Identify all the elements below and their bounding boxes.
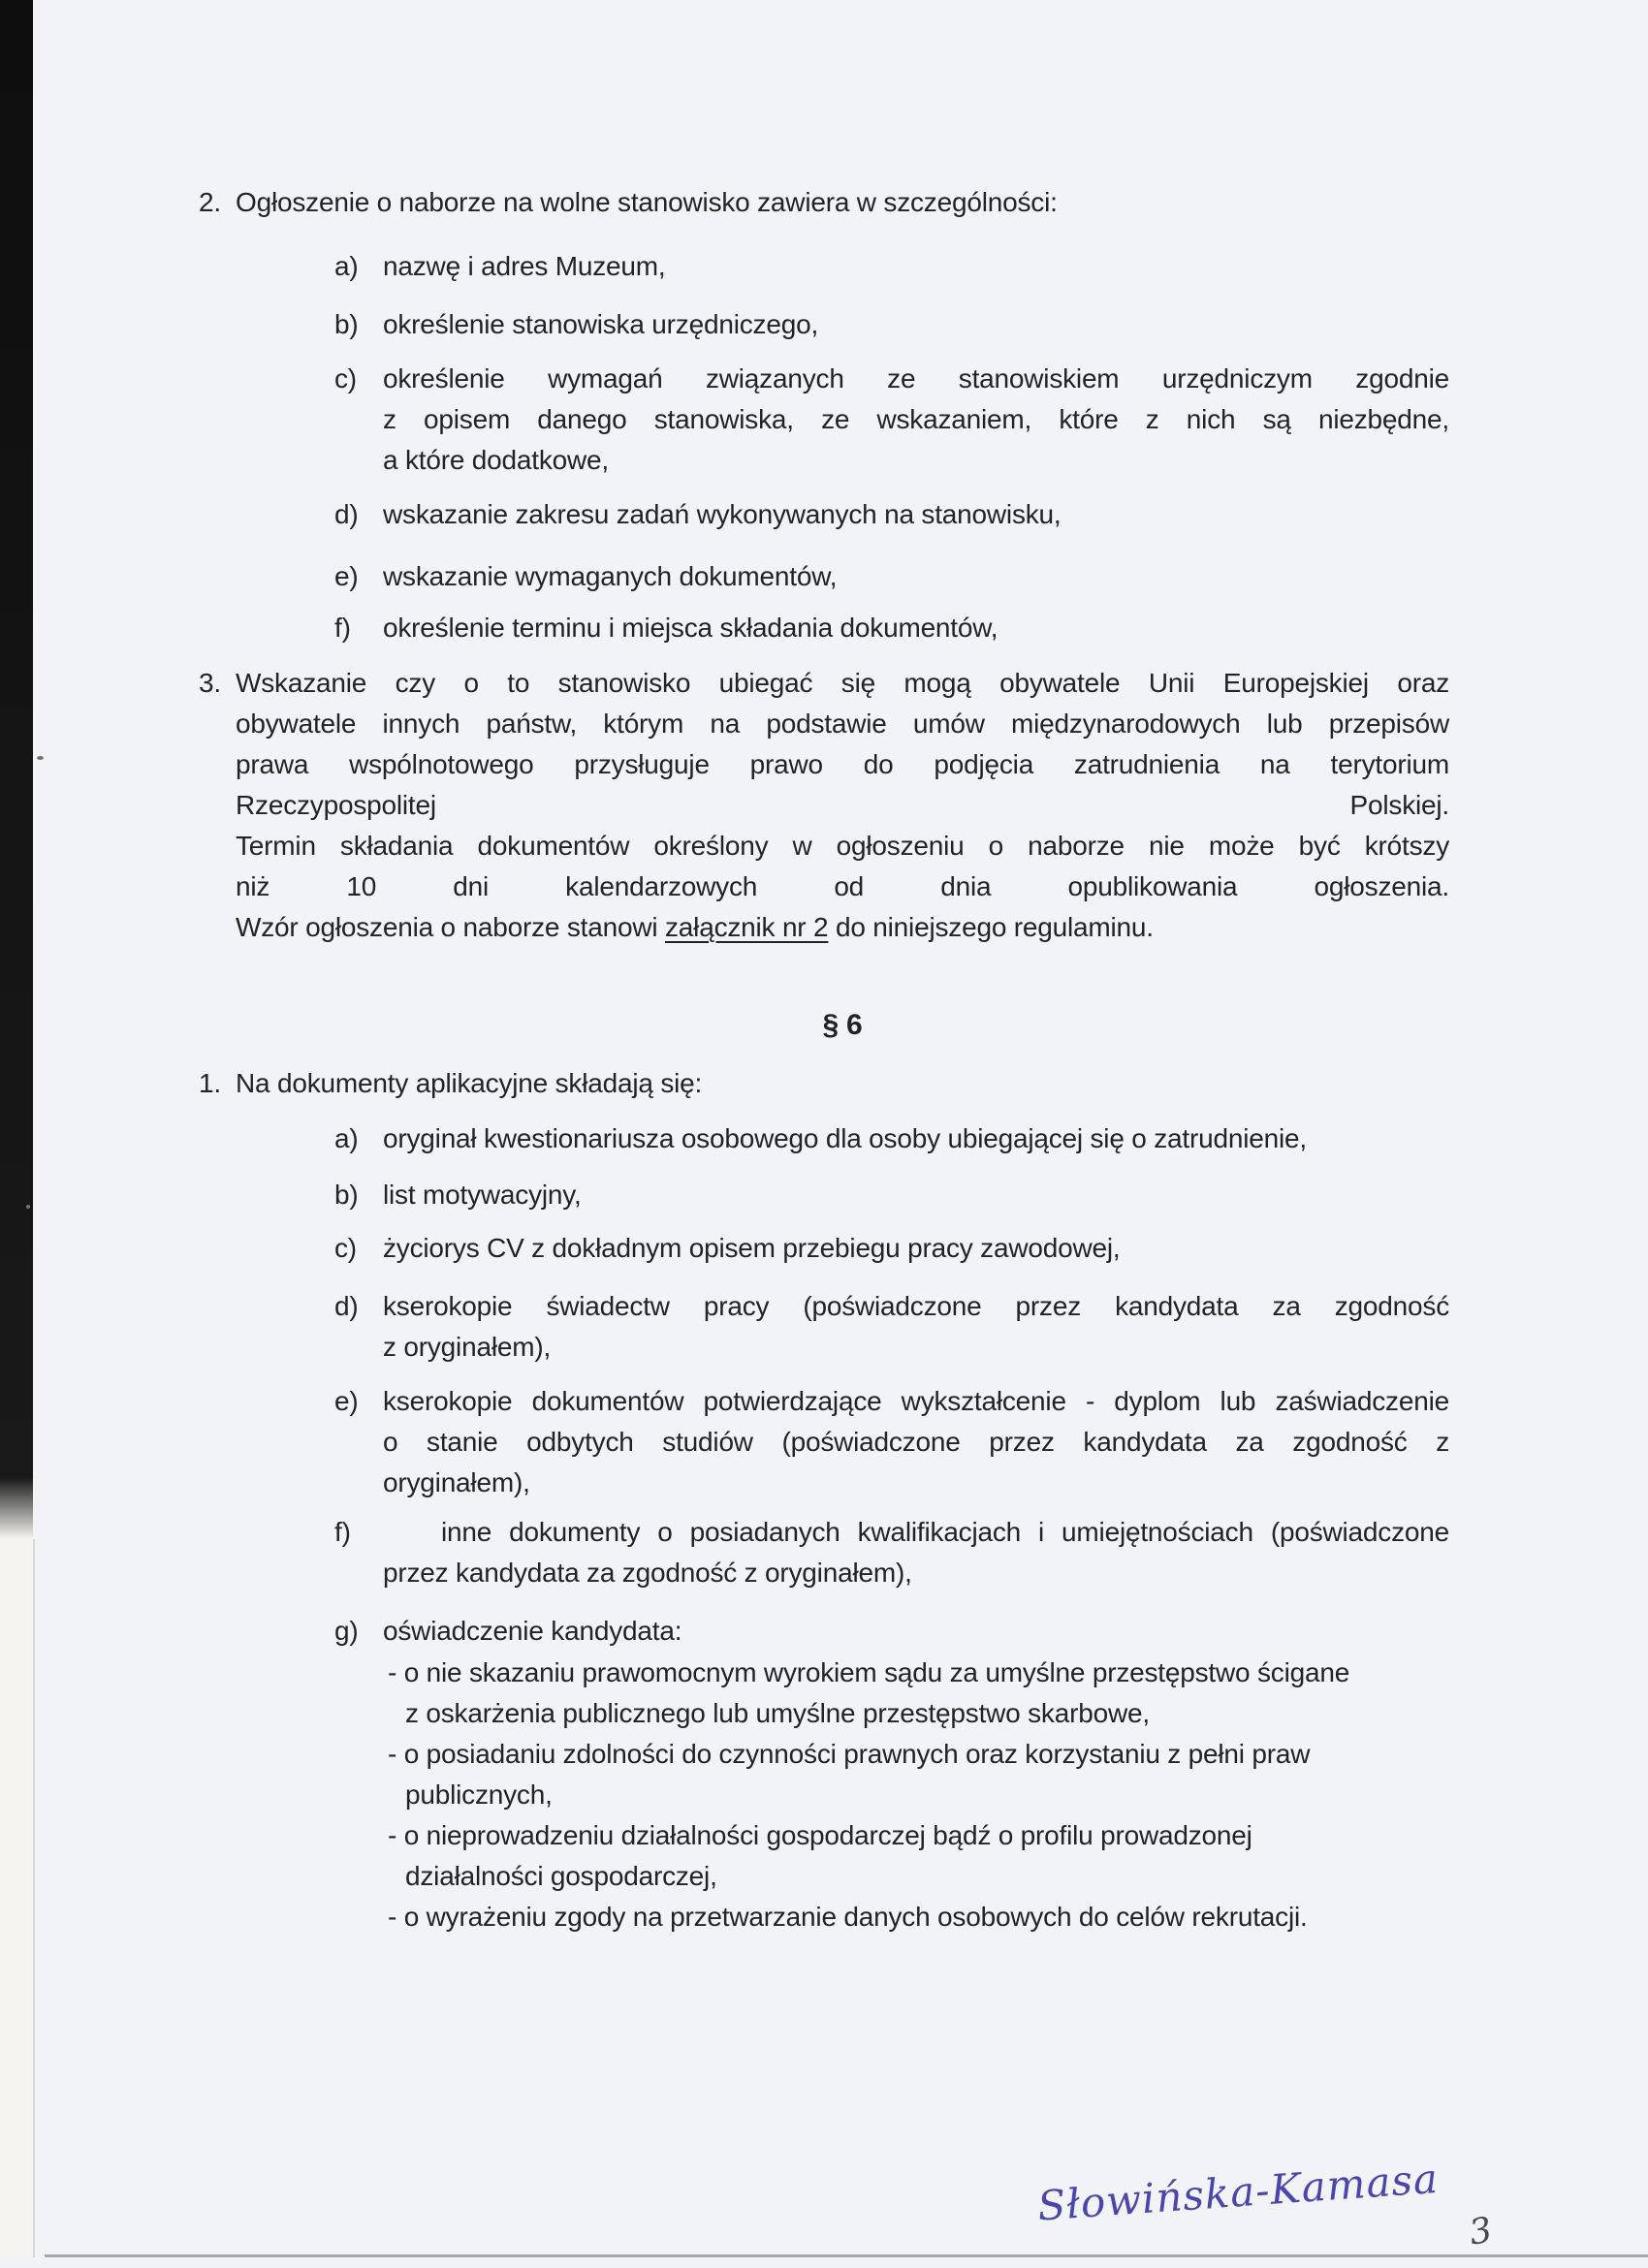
text-line: z oryginałem), — [383, 1327, 1449, 1368]
list-letter: a) — [334, 246, 383, 287]
text-block: g)oświadczenie kandydata: — [199, 1611, 1449, 1652]
text-block: c)określenie wymagań związanych ze stano… — [199, 359, 1449, 481]
text-block: e)wskazanie wymaganych dokumentów, — [199, 556, 1449, 597]
list-number: 3. — [199, 663, 236, 704]
text-line: niż 10 dni kalendarzowych od dnia opubli… — [236, 866, 1449, 907]
list-letter: g) — [334, 1611, 383, 1652]
list-letter: e) — [334, 1381, 383, 1422]
page-number: 3 — [1467, 2210, 1496, 2252]
text-block: b)określenie stanowiska urzędniczego, — [199, 304, 1449, 345]
text-line: kserokopie dokumentów potwierdzające wyk… — [383, 1381, 1449, 1422]
text-line: określenie stanowiska urzędniczego, — [383, 304, 1449, 345]
text-line: list motywacyjny, — [383, 1175, 1449, 1215]
statement-continuation: z oskarżenia publicznego lub umyślne prz… — [199, 1693, 1449, 1734]
scan-speck — [26, 1205, 30, 1209]
item-body: inne dokumenty o posiadanych kwalifikacj… — [383, 1512, 1449, 1593]
text-block: a)oryginał kwestionariusza osobowego dla… — [199, 1118, 1449, 1159]
item-body: określenie terminu i miejsca składania d… — [383, 608, 1449, 648]
list-letter: d) — [334, 494, 383, 535]
list-letter: b) — [334, 304, 383, 345]
text-block: 3.Wskazanie czy o to stanowisko ubiegać … — [199, 663, 1449, 948]
text-block: d)wskazanie zakresu zadań wykonywanych n… — [199, 494, 1449, 535]
text-block: a)nazwę i adres Muzeum, — [199, 246, 1449, 287]
statement-line: - o nieprowadzeniu działalności gospodar… — [199, 1815, 1449, 1856]
underlined-reference: załącznik nr 2 — [665, 912, 828, 942]
text-line: określenie terminu i miejsca składania d… — [383, 608, 1449, 648]
text-block: - o nie skazaniu prawomocnym wyrokiem są… — [199, 1653, 1449, 1937]
item-body: Ogłoszenie o naborze na wolne stanowisko… — [236, 182, 1449, 223]
list-letter: c) — [334, 359, 383, 399]
item-body: kserokopie dokumentów potwierdzające wyk… — [383, 1381, 1449, 1503]
list-letter: b) — [334, 1175, 383, 1215]
item-body: nazwę i adres Muzeum, — [383, 246, 1449, 287]
text-line: Ogłoszenie o naborze na wolne stanowisko… — [236, 182, 1449, 223]
item-body: oryginał kwestionariusza osobowego dla o… — [383, 1118, 1449, 1159]
text-block: f)inne dokumenty o posiadanych kwalifika… — [199, 1512, 1449, 1593]
text-block: d)kserokopie świadectw pracy (poświadczo… — [199, 1286, 1449, 1368]
item-body: list motywacyjny, — [383, 1175, 1449, 1215]
scan-speck — [37, 756, 44, 760]
text-line: obywatele innych państw, którym na podst… — [236, 704, 1449, 744]
text-line: Na dokumenty aplikacyjne składają się: — [236, 1063, 1449, 1104]
text-line: inne dokumenty o posiadanych kwalifikacj… — [383, 1512, 1449, 1553]
text-line: oryginał kwestionariusza osobowego dla o… — [383, 1118, 1449, 1159]
text-line: z opisem danego stanowiska, ze wskazanie… — [383, 399, 1449, 440]
scan-bottom-margin — [0, 2257, 1648, 2268]
text-line: wskazanie wymaganych dokumentów, — [383, 556, 1449, 597]
text-run: do niniejszego regulaminu. — [828, 912, 1153, 942]
statement-line: - o nie skazaniu prawomocnym wyrokiem są… — [199, 1653, 1449, 1693]
list-number: 2. — [199, 182, 236, 223]
section-heading: § 6 — [236, 1005, 1449, 1046]
text-line: przez kandydata za zgodność z oryginałem… — [383, 1553, 1449, 1593]
text-block: 2.Ogłoszenie o naborze na wolne stanowis… — [199, 182, 1449, 223]
text-line: a które dodatkowe, — [383, 440, 1449, 481]
list-letter: d) — [334, 1286, 383, 1327]
text-run: Wzór ogłoszenia o naborze stanowi — [236, 912, 665, 942]
text-line: oryginałem), — [383, 1463, 1449, 1503]
item-body: wskazanie zakresu zadań wykonywanych na … — [383, 494, 1449, 535]
item-body: Wskazanie czy o to stanowisko ubiegać si… — [236, 663, 1449, 948]
statement-line: - o posiadaniu zdolności do czynności pr… — [199, 1734, 1449, 1775]
list-letter: c) — [334, 1228, 383, 1269]
statement-line: - o wyrażeniu zgody na przetwarzanie dan… — [199, 1897, 1449, 1937]
list-letter: f) — [334, 1512, 383, 1553]
text-line: określenie wymagań związanych ze stanowi… — [383, 359, 1449, 399]
scanned-document-page: § 6 2.Ogłoszenie o naborze na wolne stan… — [0, 0, 1648, 2268]
text-block: e)kserokopie dokumentów potwierdzające w… — [199, 1381, 1449, 1503]
text-line: Wskazanie czy o to stanowisko ubiegać si… — [236, 663, 1449, 704]
item-body: życiorys CV z dokładnym opisem przebiegu… — [383, 1228, 1449, 1269]
item-body: Na dokumenty aplikacyjne składają się: — [236, 1063, 1449, 1104]
list-number: 1. — [199, 1063, 236, 1104]
item-body: określenie stanowiska urzędniczego, — [383, 304, 1449, 345]
text-block: c)życiorys CV z dokładnym opisem przebie… — [199, 1228, 1449, 1269]
text-block: f)określenie terminu i miejsca składania… — [199, 608, 1449, 648]
item-body: oświadczenie kandydata: — [383, 1611, 1449, 1652]
item-body: kserokopie świadectw pracy (poświadczone… — [383, 1286, 1449, 1368]
item-body: określenie wymagań związanych ze stanowi… — [383, 359, 1449, 481]
document-content: § 6 2.Ogłoszenie o naborze na wolne stan… — [199, 0, 1449, 2268]
text-line: Wzór ogłoszenia o naborze stanowi załącz… — [236, 907, 1449, 948]
statement-continuation: działalności gospodarczej, — [199, 1856, 1449, 1897]
text-line: kserokopie świadectw pracy (poświadczone… — [383, 1286, 1449, 1327]
scan-edge-artifact-bar — [0, 0, 33, 1539]
text-line: prawa wspólnotowego przysługuje prawo do… — [236, 744, 1449, 785]
text-line: Termin składania dokumentów określony w … — [236, 826, 1449, 866]
text-line: wskazanie zakresu zadań wykonywanych na … — [383, 494, 1449, 535]
list-letter: f) — [334, 608, 383, 648]
text-line: życiorys CV z dokładnym opisem przebiegu… — [383, 1228, 1449, 1269]
text-block: 1.Na dokumenty aplikacyjne składają się: — [199, 1063, 1449, 1104]
text-block: b)list motywacyjny, — [199, 1175, 1449, 1215]
scan-page-seam — [33, 1539, 35, 2268]
list-letter: e) — [334, 556, 383, 597]
list-letter: a) — [334, 1118, 383, 1159]
statement-continuation: publicznych, — [199, 1775, 1449, 1815]
text-line: Rzeczypospolitej Polskiej. — [236, 785, 1449, 826]
text-line: nazwę i adres Muzeum, — [383, 246, 1449, 287]
text-line: oświadczenie kandydata: — [383, 1611, 1449, 1652]
item-body: wskazanie wymaganych dokumentów, — [383, 556, 1449, 597]
text-line: o stanie odbytych studiów (poświadczone … — [383, 1422, 1449, 1463]
